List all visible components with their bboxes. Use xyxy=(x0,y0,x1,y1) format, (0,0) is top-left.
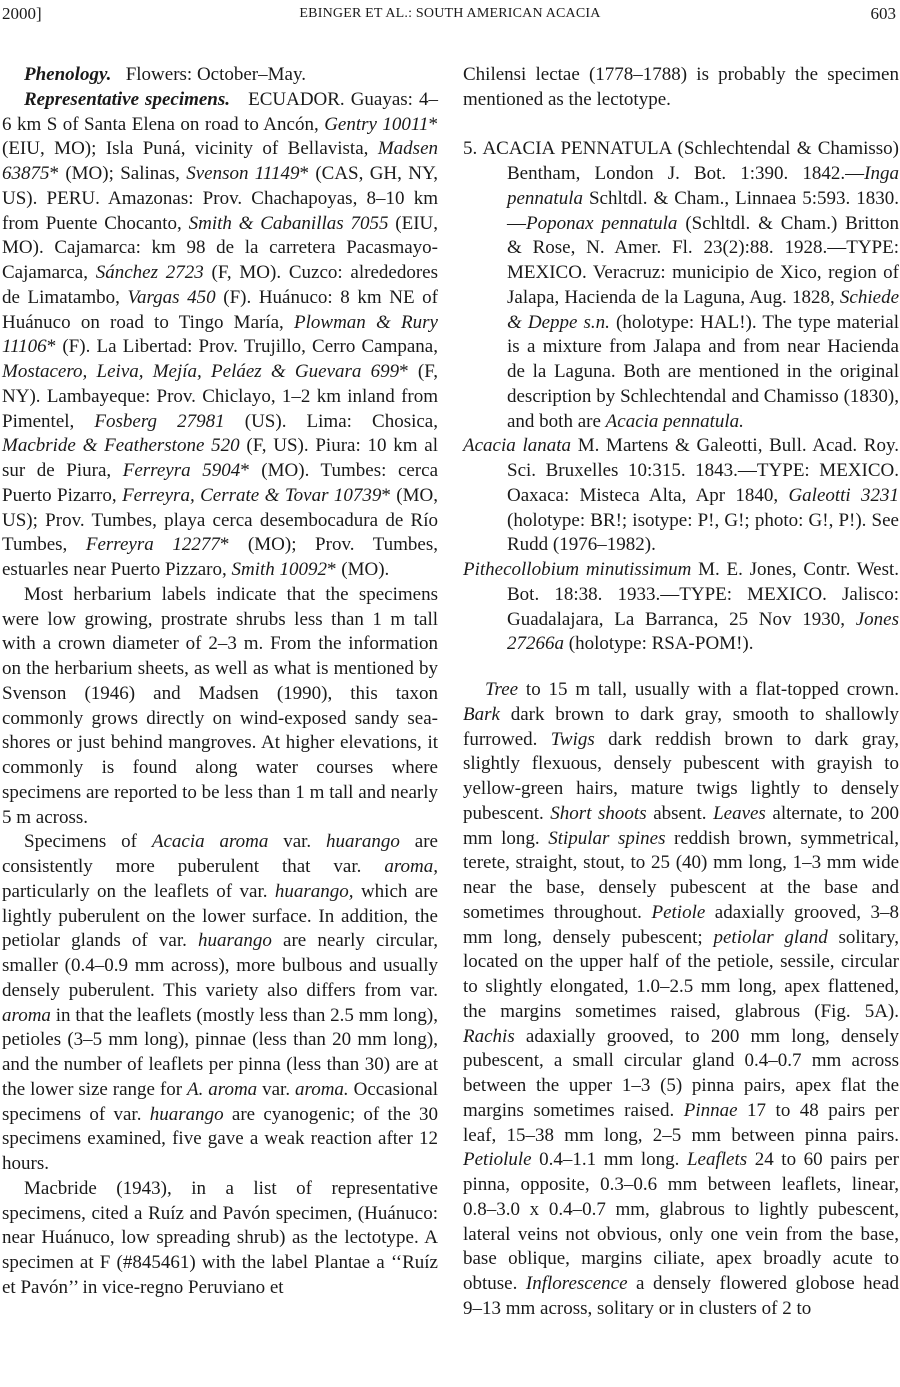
italic-text: Schiede & Deppe s.n. xyxy=(507,287,899,333)
italic-text: Petiolule xyxy=(463,1149,532,1170)
running-header: 2000] EBINGER ET AL.: SOUTH AMERICAN ACA… xyxy=(0,4,900,30)
italic-text: aroma. xyxy=(295,1079,349,1100)
italic-text: Ferreyra 12277 xyxy=(86,534,220,555)
italic-text: Short shoots xyxy=(550,803,646,824)
left-column: Phenology. Flowers: October–May. Represe… xyxy=(2,63,438,1301)
synonym-acacia-lanata: Acacia lanata M. Martens & Galeotti, Bul… xyxy=(463,434,899,558)
italic-text: aroma, xyxy=(384,856,438,877)
italic-text: Svenson 11149 xyxy=(186,163,299,184)
phenology-paragraph: Phenology. Flowers: October–May. xyxy=(2,63,438,88)
variety-comparison-paragraph: Specimens of Acacia aroma var. huarango … xyxy=(2,830,438,1177)
italic-text: Inga pennatula xyxy=(507,163,899,209)
italic-text: Ferreyra, Cerrate & Tovar 10739 xyxy=(122,485,381,506)
italic-text: petiolar gland xyxy=(713,927,827,948)
italic-text: Mostacero, Leiva, Mejía, Peláez & Guevar… xyxy=(2,361,399,382)
spacer xyxy=(463,657,899,678)
italic-text: Macbride & Featherstone 520 xyxy=(2,435,240,456)
italic-text: Fosberg 27981 xyxy=(94,411,224,432)
representative-specimens-label: Representative specimens. xyxy=(24,89,230,110)
italic-text: Ferreyra 5904 xyxy=(123,460,240,481)
phenology-text: Flowers: October–May. xyxy=(126,64,306,85)
habitat-paragraph: Most herbarium labels indicate that the … xyxy=(2,583,438,831)
italic-text: Gentry 10011 xyxy=(324,114,428,135)
representative-specimens-paragraph: Representative specimens. ECUADOR. Guaya… xyxy=(2,88,438,583)
right-column: Chilensi lectae (1778–1788) is probably … xyxy=(463,63,899,1322)
italic-text: Smith 10092 xyxy=(232,559,328,580)
italic-text: Rachis xyxy=(463,1026,515,1047)
page-number: 603 xyxy=(871,4,897,24)
spacer xyxy=(463,113,899,138)
italic-text: Pinnae xyxy=(684,1100,738,1121)
italic-text: Tree xyxy=(485,679,518,700)
italic-text: Inflorescence xyxy=(526,1273,628,1294)
species-entry-acacia-pennatula: 5. ACACIA PENNATULA (Schlechtendal & Cha… xyxy=(463,137,899,434)
running-title: EBINGER ET AL.: SOUTH AMERICAN ACACIA xyxy=(0,6,900,22)
italic-text: Poponax pennatula xyxy=(526,213,677,234)
italic-text: Galeotti 3231 xyxy=(788,485,899,506)
italic-text: huarango, xyxy=(275,881,354,902)
italic-text: aroma xyxy=(2,1005,51,1026)
lectotype-continuation: Chilensi lectae (1778–1788) is probably … xyxy=(463,63,899,113)
italic-text: Vargas 450 xyxy=(127,287,215,308)
italic-text: Pithecollobium minutissimum xyxy=(463,559,691,580)
lectotype-paragraph: Macbride (1943), in a list of representa… xyxy=(2,1177,438,1301)
italic-text: Acacia pennatula. xyxy=(606,411,744,432)
italic-text: Petiole xyxy=(651,902,705,923)
italic-text: Plowman & Rury 11106 xyxy=(2,312,438,358)
italic-text: huarango xyxy=(326,831,400,852)
italic-text: Twigs xyxy=(551,729,595,750)
italic-text: A. aroma xyxy=(187,1079,257,1100)
specimen-list: ECUADOR. Guayas: 4–6 km S of Santa Elena… xyxy=(2,89,438,580)
italic-text: Bark xyxy=(463,704,500,725)
italic-text: Leaves xyxy=(713,803,766,824)
italic-text: Leaflets xyxy=(687,1149,747,1170)
italic-text: huarango xyxy=(198,930,272,951)
species-description: Tree to 15 m tall, usually with a flat-t… xyxy=(463,678,899,1322)
synonym-pithecollobium-minutissimum: Pithecollobium minutissimum M. E. Jones,… xyxy=(463,558,899,657)
italic-text: Sánchez 2723 xyxy=(96,262,204,283)
italic-text: Jones 27266a xyxy=(507,609,899,655)
phenology-label: Phenology. xyxy=(24,64,111,85)
italic-text: Acacia lanata xyxy=(463,435,571,456)
italic-text: Stipular spines xyxy=(548,828,665,849)
italic-text: Acacia aroma xyxy=(152,831,269,852)
italic-text: huarango xyxy=(150,1104,224,1125)
italic-text: Smith & Cabanillas 7055 xyxy=(189,213,389,234)
